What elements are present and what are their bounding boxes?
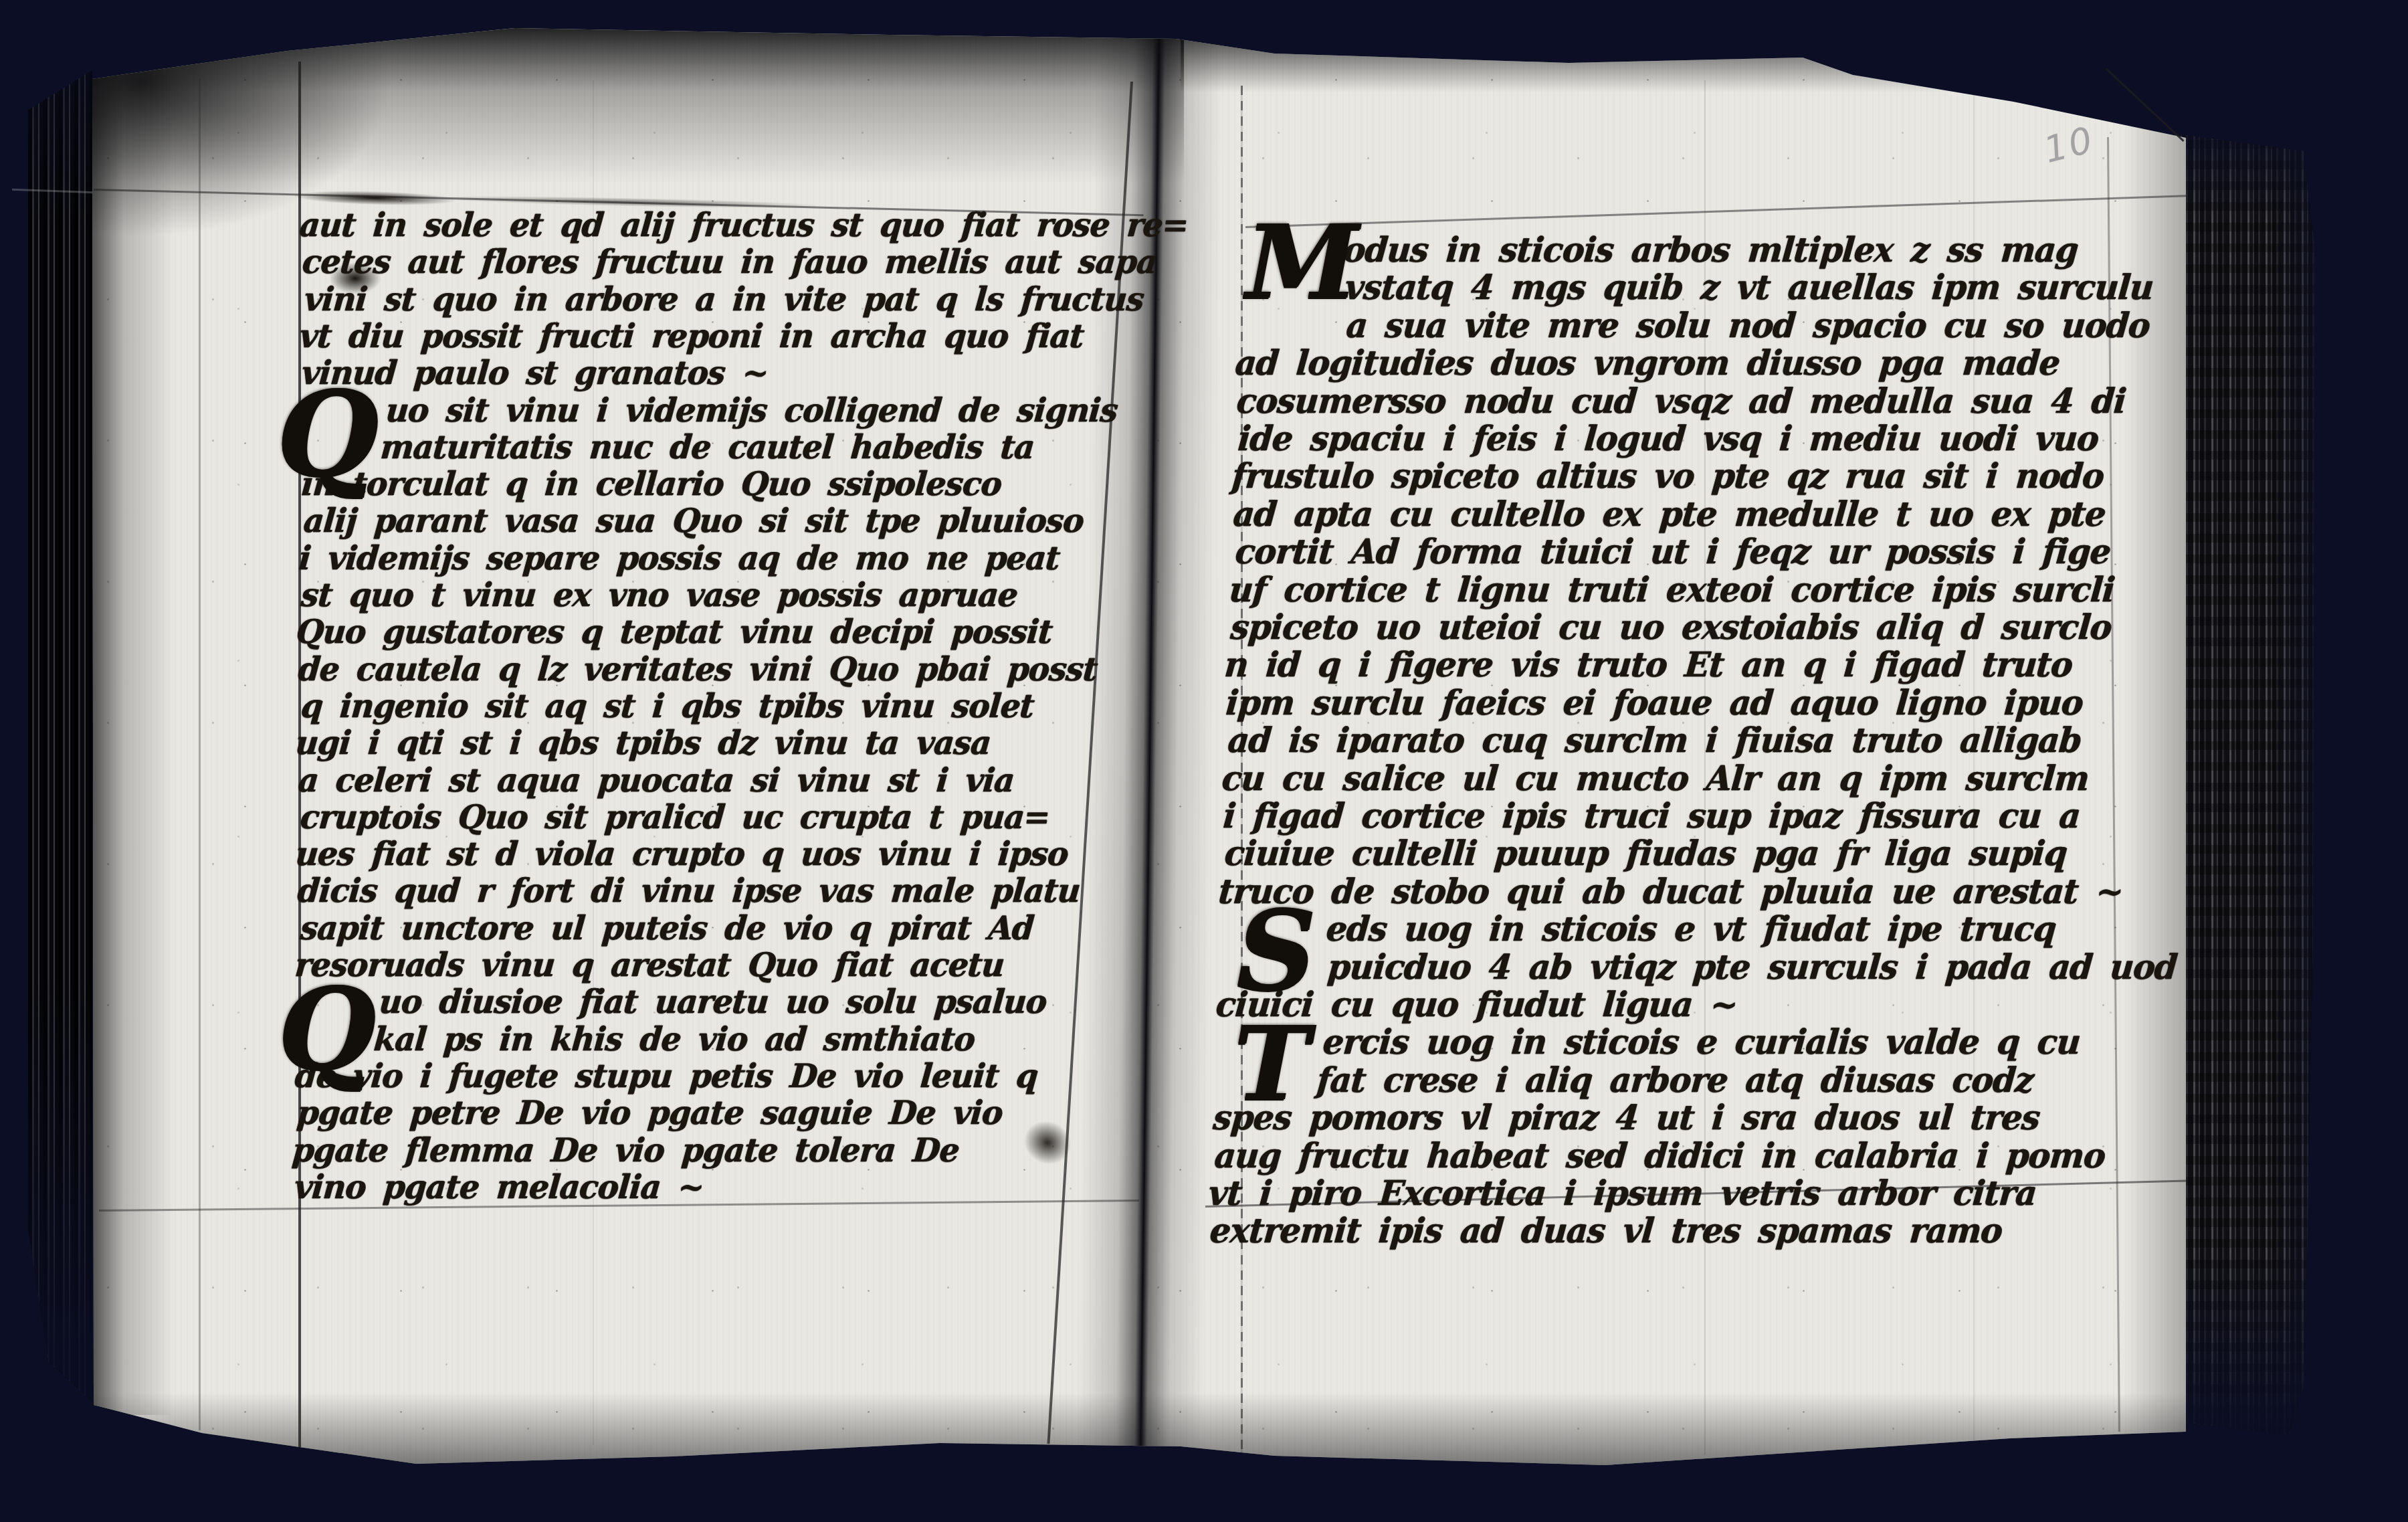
manuscript-text-line: cruptois Quo sit pralicd uc crupta t pua… (299, 801, 1051, 834)
manuscript-text-line: a celeri st aqua puocata si vinu st i vi… (297, 764, 1015, 797)
manuscript-text-line: pgate flemma De vio pgate tolera De (291, 1134, 961, 1167)
manuscript-text-line: ugi i qti st i qbs tpibs dz vinu ta vasa (294, 727, 992, 759)
manuscript-text-line: odus in sticois arbos mltiplex z ss mag (1342, 233, 2080, 267)
manuscript-text-line: cosumersso nodu cud vsqz ad medulla sua … (1235, 384, 2127, 418)
manuscript-text-line: vino pgate melacolia ~ (293, 1171, 705, 1204)
manuscript-text-line: kal ps in khis de vio ad smthiato (373, 1023, 976, 1056)
manuscript-text-line: de vio i fugete stupu petis De vio leuit… (294, 1060, 1039, 1092)
illuminated-initial: T (1233, 1018, 1309, 1110)
manuscript-text-line: st quo t vinu ex vno vase possis apruae (300, 579, 1019, 611)
manuscript-text-line: uo sit vinu i videmijs colligend de sign… (385, 394, 1118, 427)
manuscript-photo: aut in sole et qd alij fructus st quo fi… (0, 0, 2408, 1522)
manuscript-text-line: resoruads vinu q arestat Quo fiat acetu (294, 949, 1005, 981)
manuscript-text-line: ercis uog in sticois e curialis valde q … (1322, 1025, 2082, 1059)
book-spread-pages: aut in sole et qd alij fructus st quo fi… (0, 0, 2408, 1522)
manuscript-text-line: frustulo spiceto altius vo pte qz rua si… (1231, 459, 2105, 493)
page-shading-top-right (1181, 35, 2197, 105)
manuscript-text-line: in torculat q in cellario Quo ssipolesco (300, 468, 1003, 500)
manuscript-text-line: vt diu possit fructi reponi in archa quo… (298, 320, 1085, 353)
illuminated-initial: M (1245, 217, 1358, 308)
manuscript-text-line: vstatq 4 mgs quib z vt auellas ipm surcu… (1344, 270, 2154, 304)
manuscript-text-line: ues fiat st d viola crupto q uos vinu i … (294, 838, 1070, 870)
manuscript-text-line: fat crese i aliq arbore atq diusas codz (1316, 1063, 2035, 1097)
manuscript-text-line: spes pomors vl piraz 4 ut i sra duos ul … (1212, 1101, 2041, 1135)
margin-ruling-line (199, 79, 201, 1430)
manuscript-text-line: aug fructu habeat sed didici in calabria… (1213, 1139, 2106, 1173)
manuscript-text-line: i videmijs separe possis aq de mo ne pea… (298, 542, 1061, 575)
manuscript-text-line: vt i piro Excortica i ipsum vetris arbor… (1207, 1176, 2038, 1210)
manuscript-text-line: cetes aut flores fructuu in fauo mellis … (301, 246, 1158, 278)
manuscript-text-line: sapit unctore ul puteis de vio q pirat A… (299, 912, 1035, 945)
manuscript-text-line: puicduo 4 ab vtiqz pte surculs i pada ad… (1326, 950, 2179, 984)
manuscript-text-line: dicis qud r fort di vinu ipse vas male p… (296, 874, 1081, 907)
manuscript-text-line: Quo gustatores q teptat vinu decipi poss… (295, 615, 1053, 648)
manuscript-text-line: ciuiue cultelli puuup fiudas pga fr liga… (1223, 836, 2068, 870)
book-left-page-edges (28, 70, 92, 1402)
manuscript-text-line: pgate petre De vio pgate saguie De vio (296, 1097, 1004, 1129)
manuscript-text-line: spiceto uo uteioi cu uo exstoiabis aliq … (1229, 610, 2113, 644)
manuscript-text-line: cu cu salice ul cu mucto Alr an q ipm su… (1221, 761, 2090, 795)
manuscript-text-line: n id q i figere vis truto Et an q i figa… (1223, 648, 2074, 682)
manuscript-text-line: extremit ipis ad duas vl tres spamas ram… (1209, 1214, 2003, 1248)
manuscript-text-line: a sua vite mre solu nod spacio cu so uod… (1345, 308, 2151, 343)
manuscript-text-line: ad logitudies duos vngrom diusso pga mad… (1234, 346, 2061, 380)
manuscript-text-line: uo diusioe fiat uaretu uo solu psaluo (378, 985, 1047, 1018)
manuscript-text-line: q ingenio sit aq st i qbs tpibs vinu sol… (300, 690, 1035, 723)
manuscript-text-line: ipm surclu faeics ei foaue ad aquo ligno… (1225, 686, 2084, 720)
illuminated-initial: S (1236, 901, 1316, 1001)
manuscript-text-line: de cautela q lz veritates vini Quo pbai … (297, 653, 1098, 686)
manuscript-text-line: uf cortice t lignu truti exteoi cortice … (1228, 573, 2116, 607)
manuscript-text-line: i figad cortice ipis truci sup ipaz fiss… (1222, 799, 2082, 833)
book-fore-edge-stack (2175, 128, 2314, 1434)
manuscript-text-line: ad is iparato cuq surclm i fiuisa truto … (1227, 723, 2083, 757)
manuscript-text-line: maturitatis nuc de cautel habedis ta (379, 431, 1035, 464)
manuscript-text-line: ad apta cu cultello ex pte medulle t uo … (1232, 497, 2107, 531)
manuscript-text-line: eds uog in sticois e vt fiudat ipe trucq (1325, 912, 2058, 946)
manuscript-text-line: ide spaciu i feis i logud vsq i mediu uo… (1237, 421, 2100, 456)
illuminated-initial: Q (278, 979, 375, 1080)
manuscript-text-line: vini st quo in arbore a in vite pat q ls… (303, 283, 1145, 316)
manuscript-text-line: alij parant vasa sua Quo si sit tpe pluu… (302, 504, 1085, 537)
manuscript-text-line: truco de stobo qui ab ducat pluuia ue ar… (1217, 874, 2124, 909)
manuscript-text-line: cortit Ad forma tiuici ut i feqz ur poss… (1234, 535, 2112, 569)
illuminated-initial: Q (276, 382, 378, 488)
manuscript-text-line: aut in sole et qd alij fructus st quo fi… (298, 209, 1189, 242)
